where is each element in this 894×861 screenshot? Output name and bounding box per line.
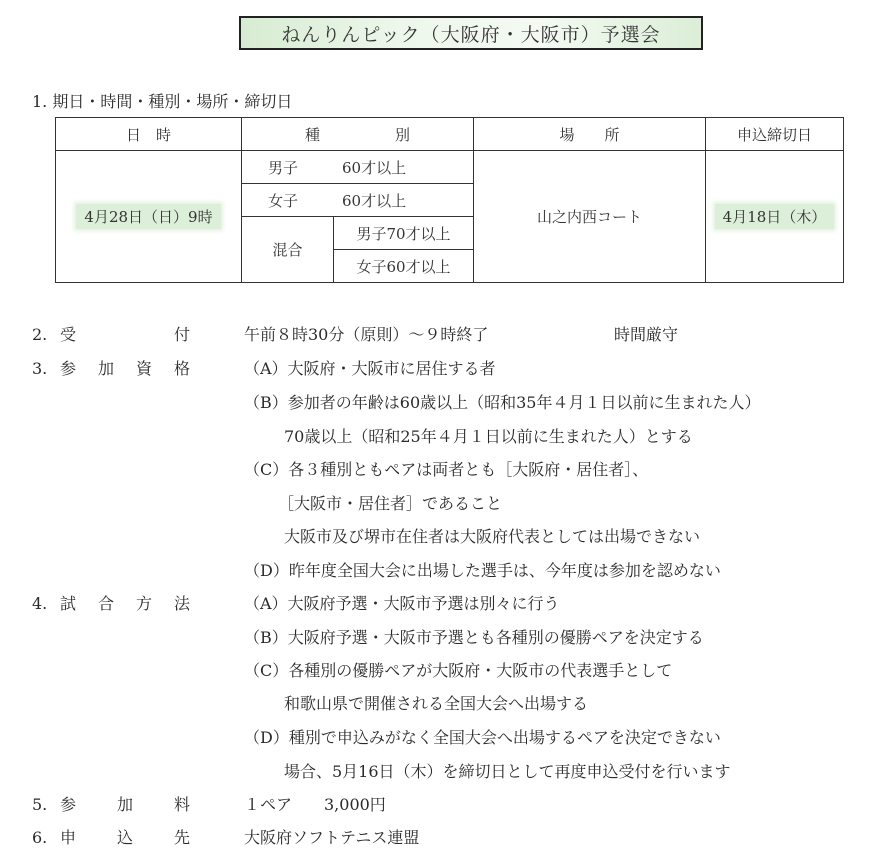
item-5-number: 5. xyxy=(32,795,60,814)
document-title: ねんりんピック（大阪府・大阪市）予選会 xyxy=(239,16,703,50)
kind-men: 男子60才以上 xyxy=(242,151,474,184)
item-5-label: 5. 参 加 料 xyxy=(32,792,190,815)
label-char: 参 xyxy=(60,792,76,815)
label-char: 加 xyxy=(98,356,114,379)
label-char: 先 xyxy=(174,825,190,848)
item-3-label: 3. 参 加 資 格 xyxy=(32,356,190,379)
item-3-line-c: （C）各３種別ともペアは両者とも［大阪府・居住者］、 xyxy=(244,457,648,480)
label-char: 申 xyxy=(60,825,76,848)
item-2-line-1: 午前８時30分（原則）〜９時終了 xyxy=(244,322,488,345)
datetime-value: 4月28日（日）9時 xyxy=(76,204,220,229)
kind-women-group: 女子 xyxy=(268,192,298,210)
label-char: 込 xyxy=(117,825,133,848)
datetime-cell: 4月28日（日）9時 xyxy=(56,151,242,283)
label-char: 試 xyxy=(60,591,76,614)
item-4-number: 4. xyxy=(32,594,60,613)
table-header-row: 日 時 種 別 場 所 申込締切日 xyxy=(56,118,844,151)
label-char: 格 xyxy=(174,356,190,379)
label-char: 資 xyxy=(136,356,152,379)
item-5-line: １ペア 3,000円 xyxy=(244,792,386,815)
item-4-line-b: （B）大阪府予選・大阪市予選とも各種別の優勝ペアを決定する xyxy=(244,625,704,648)
label-char: 方 xyxy=(136,591,152,614)
item-3-line-a: （A）大阪府・大阪市に居住する者 xyxy=(244,356,496,379)
item-4-label: 4. 試 合 方 法 xyxy=(32,591,190,614)
header-deadline: 申込締切日 xyxy=(706,118,844,151)
item-3-line-b2: 70歳以上（昭和25年４月１日以前に生まれた人）とする xyxy=(284,424,693,447)
item-6-number: 6. xyxy=(32,828,60,847)
kind-mixed-women: 女子60才以上 xyxy=(334,250,474,283)
item-3-line-c2: ［大阪市・居住者］であること xyxy=(278,491,502,514)
kind-women-age: 60才以上 xyxy=(342,190,406,211)
item-4-line-a: （A）大阪府予選・大阪市予選は別々に行う xyxy=(244,591,560,614)
header-datetime: 日 時 xyxy=(56,118,242,151)
item-6-label: 6. 申 込 先 xyxy=(32,825,190,848)
item-4-line-c2: 和歌山県で開催される全国大会へ出場する xyxy=(284,691,588,714)
deadline-value: 4月18日（木） xyxy=(715,204,835,229)
header-kind: 種 別 xyxy=(242,118,474,151)
item-6-line: 大阪府ソフトテニス連盟 xyxy=(244,825,419,848)
table-row: 4月28日（日）9時 男子60才以上 山之内西コート 4月18日（木） xyxy=(56,151,844,184)
label-char: 参 xyxy=(60,356,76,379)
item-3-line-c3: 大阪市及び堺市在住者は大阪府代表としては出場できない xyxy=(284,524,700,547)
item-4-line-d2: 場合、5月16日（木）を締切日として再度申込受付を行います xyxy=(284,759,731,782)
item-3-number: 3. xyxy=(32,359,60,378)
header-venue: 場 所 xyxy=(474,118,706,151)
kind-mixed-men: 男子70才以上 xyxy=(334,217,474,250)
item-2-note: 時間厳守 xyxy=(614,322,678,345)
kind-mixed-group: 混合 xyxy=(242,217,334,283)
label-char: 法 xyxy=(174,591,190,614)
item-3-line-d: （D）昨年度全国大会に出場した選手は、今年度は参加を認めない xyxy=(244,558,721,581)
deadline-cell: 4月18日（木） xyxy=(706,151,844,283)
item-3-line-b: （B）参加者の年齢は60歳以上（昭和35年４月１日以前に生まれた人） xyxy=(244,390,760,413)
label-char: 合 xyxy=(98,591,114,614)
label-char: 受 xyxy=(60,322,76,345)
item-4-line-c: （C）各種別の優勝ペアが大阪府・大阪市の代表選手として xyxy=(244,658,672,681)
item-2-label: 2. 受 付 xyxy=(32,322,190,345)
venue-cell: 山之内西コート xyxy=(474,151,706,283)
kind-men-age: 60才以上 xyxy=(342,157,406,178)
item-4-line-d: （D）種別で申込みがなく全国大会へ出場するペアを決定できない xyxy=(244,725,721,748)
item-2-number: 2. xyxy=(32,325,60,344)
kind-women: 女子60才以上 xyxy=(242,184,474,217)
kind-men-group: 男子 xyxy=(268,159,298,177)
label-char: 料 xyxy=(174,792,190,815)
label-char: 付 xyxy=(174,322,190,345)
label-char: 加 xyxy=(117,792,133,815)
section-1-heading: 1. 期日・時間・種別・場所・締切日 xyxy=(32,89,292,112)
schedule-table: 日 時 種 別 場 所 申込締切日 4月28日（日）9時 男子60才以上 山之内… xyxy=(55,117,844,283)
